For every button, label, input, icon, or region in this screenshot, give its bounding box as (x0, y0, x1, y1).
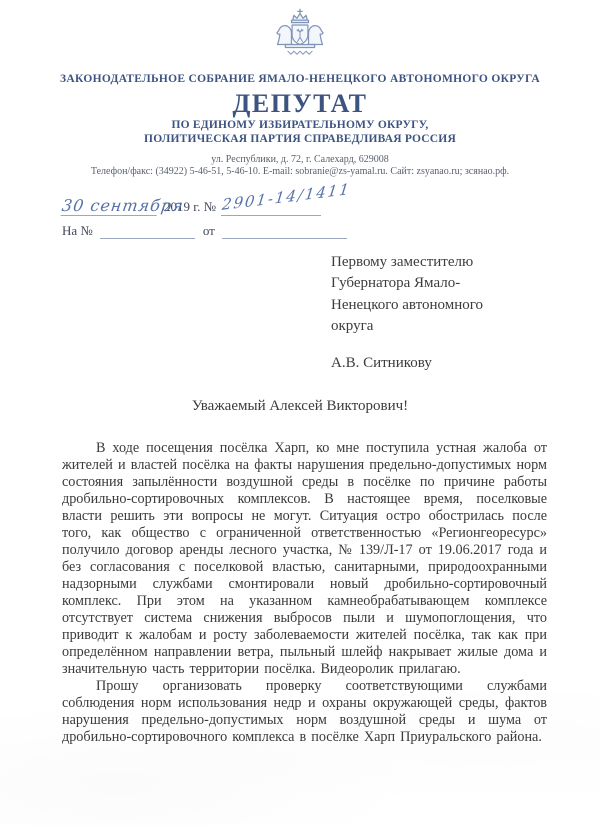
blank-date-line (222, 225, 347, 239)
reply-number-label: На № (62, 223, 93, 239)
handwritten-number: 2901-14/1411 (221, 180, 352, 214)
letter-subtitle-line1: ПО ЕДИНОМУ ИЗБИРАТЕЛЬНОМУ ОКРУГУ, (0, 119, 600, 133)
reply-from-label: от (203, 223, 215, 239)
org-contacts: Телефон/факс: (34922) 5-46-51, 5-46-10. … (0, 166, 600, 178)
outgoing-number-line: 2901-14/1411 (221, 196, 321, 216)
recipient-line: Ненецкого автономного (331, 295, 600, 316)
coat-of-arms-icon (269, 8, 331, 64)
handwritten-date: 30 сентября (61, 196, 160, 216)
org-address: ул. Республики, д. 72, г. Салехард, 6290… (0, 154, 600, 166)
outgoing-date-row: 30 сентября 2019 г. № 2901-14/1411 (62, 192, 392, 216)
organization-name: ЗАКОНОДАТЕЛЬНОЕ СОБРАНИЕ ЯМАЛО-НЕНЕЦКОГО… (0, 73, 600, 85)
recipient-line: округа (331, 316, 600, 337)
recipient-line: Первому заместителю (331, 252, 600, 273)
letter-body: В ходе посещения посёлка Харп, ко мне по… (62, 440, 547, 746)
body-paragraph-2: Прошу организовать проверку соответствую… (62, 678, 547, 746)
scanned-letter-page: ЗАКОНОДАТЕЛЬНОЕ СОБРАНИЕ ЯМАЛО-НЕНЕЦКОГО… (0, 0, 600, 825)
letter-title: ДЕПУТАТ (0, 89, 600, 119)
body-paragraph-1: В ходе посещения посёлка Харп, ко мне по… (62, 440, 547, 678)
recipient-line: Губернатора Ямало- (331, 273, 600, 294)
blank-number-line (100, 225, 195, 239)
recipient-block: Первому заместителю Губернатора Ямало- Н… (331, 252, 600, 374)
recipient-name: А.В. Ситникову (331, 353, 600, 374)
letter-subtitle-line2: ПОЛИТИЧЕСКАЯ ПАРТИЯ СПРАВЕДЛИВАЯ РОССИЯ (0, 133, 600, 147)
incoming-reference-row: На № от (62, 223, 392, 239)
reference-block: 30 сентября 2019 г. № 2901-14/1411 На № … (62, 192, 392, 239)
salutation: Уважаемый Алексей Викторович! (0, 398, 600, 415)
